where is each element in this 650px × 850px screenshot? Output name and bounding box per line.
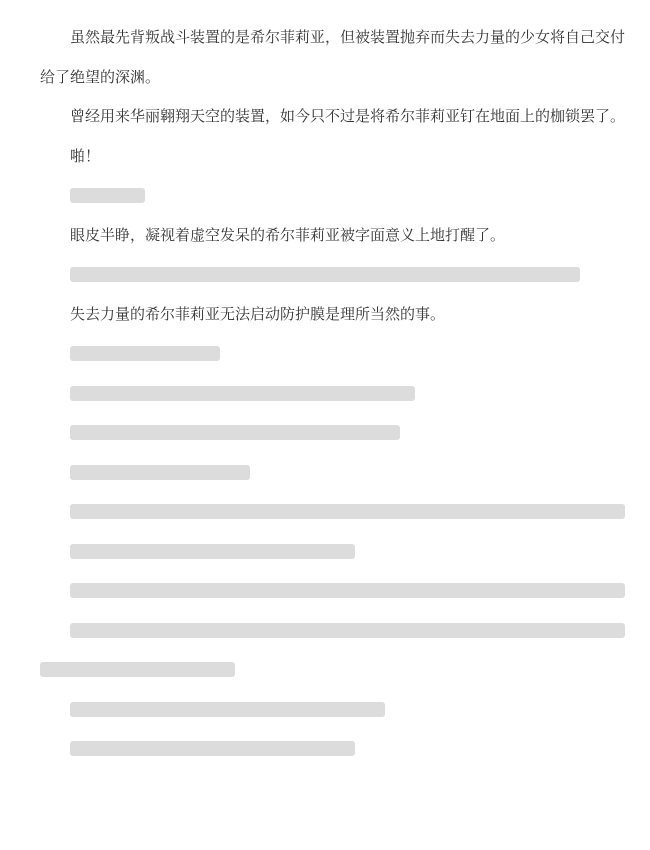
paragraph-redacted (40, 571, 630, 611)
redacted-line (40, 611, 630, 651)
paragraph-redacted (40, 690, 630, 730)
redacted-line (40, 571, 630, 611)
redacted-line (40, 690, 630, 730)
paragraph-redacted (40, 176, 630, 216)
paragraph-redacted (40, 255, 630, 295)
paragraph: 失去力量的希尔菲莉亚无法启动防护膜是理所当然的事。 (40, 295, 630, 335)
redacted-line (40, 492, 630, 532)
paragraph-redacted (40, 334, 630, 374)
paragraph-redacted (40, 611, 630, 690)
paragraph: 眼皮半睁，凝视着虚空发呆的希尔菲莉亚被字面意义上地打醒了。 (40, 216, 630, 256)
paragraph: 虽然最先背叛战斗装置的是希尔菲莉亚，但被装置抛弃而失去力量的少女将自己交付给了绝… (40, 18, 630, 97)
redacted-line (40, 532, 630, 572)
redacted-line (40, 374, 630, 414)
paragraph-redacted (40, 374, 630, 414)
paragraph-redacted (40, 532, 630, 572)
redacted-line (40, 650, 630, 690)
paragraph: 曾经用来华丽翱翔天空的装置，如今只不过是将希尔菲莉亚钉在地面上的枷锁罢了。 (40, 97, 630, 137)
paragraph-redacted (40, 453, 630, 493)
novel-page: 虽然最先背叛战斗装置的是希尔菲莉亚，但被装置抛弃而失去力量的少女将自己交付给了绝… (40, 18, 630, 769)
redacted-line (40, 729, 630, 769)
paragraph-redacted (40, 492, 630, 532)
redacted-line (40, 255, 630, 295)
redacted-line (40, 176, 630, 216)
paragraph-redacted (40, 413, 630, 453)
paragraph-sfx: 啪！ (40, 137, 630, 177)
redacted-line (40, 453, 630, 493)
paragraph-redacted (40, 729, 630, 769)
redacted-line (40, 413, 630, 453)
redacted-line (40, 334, 630, 374)
